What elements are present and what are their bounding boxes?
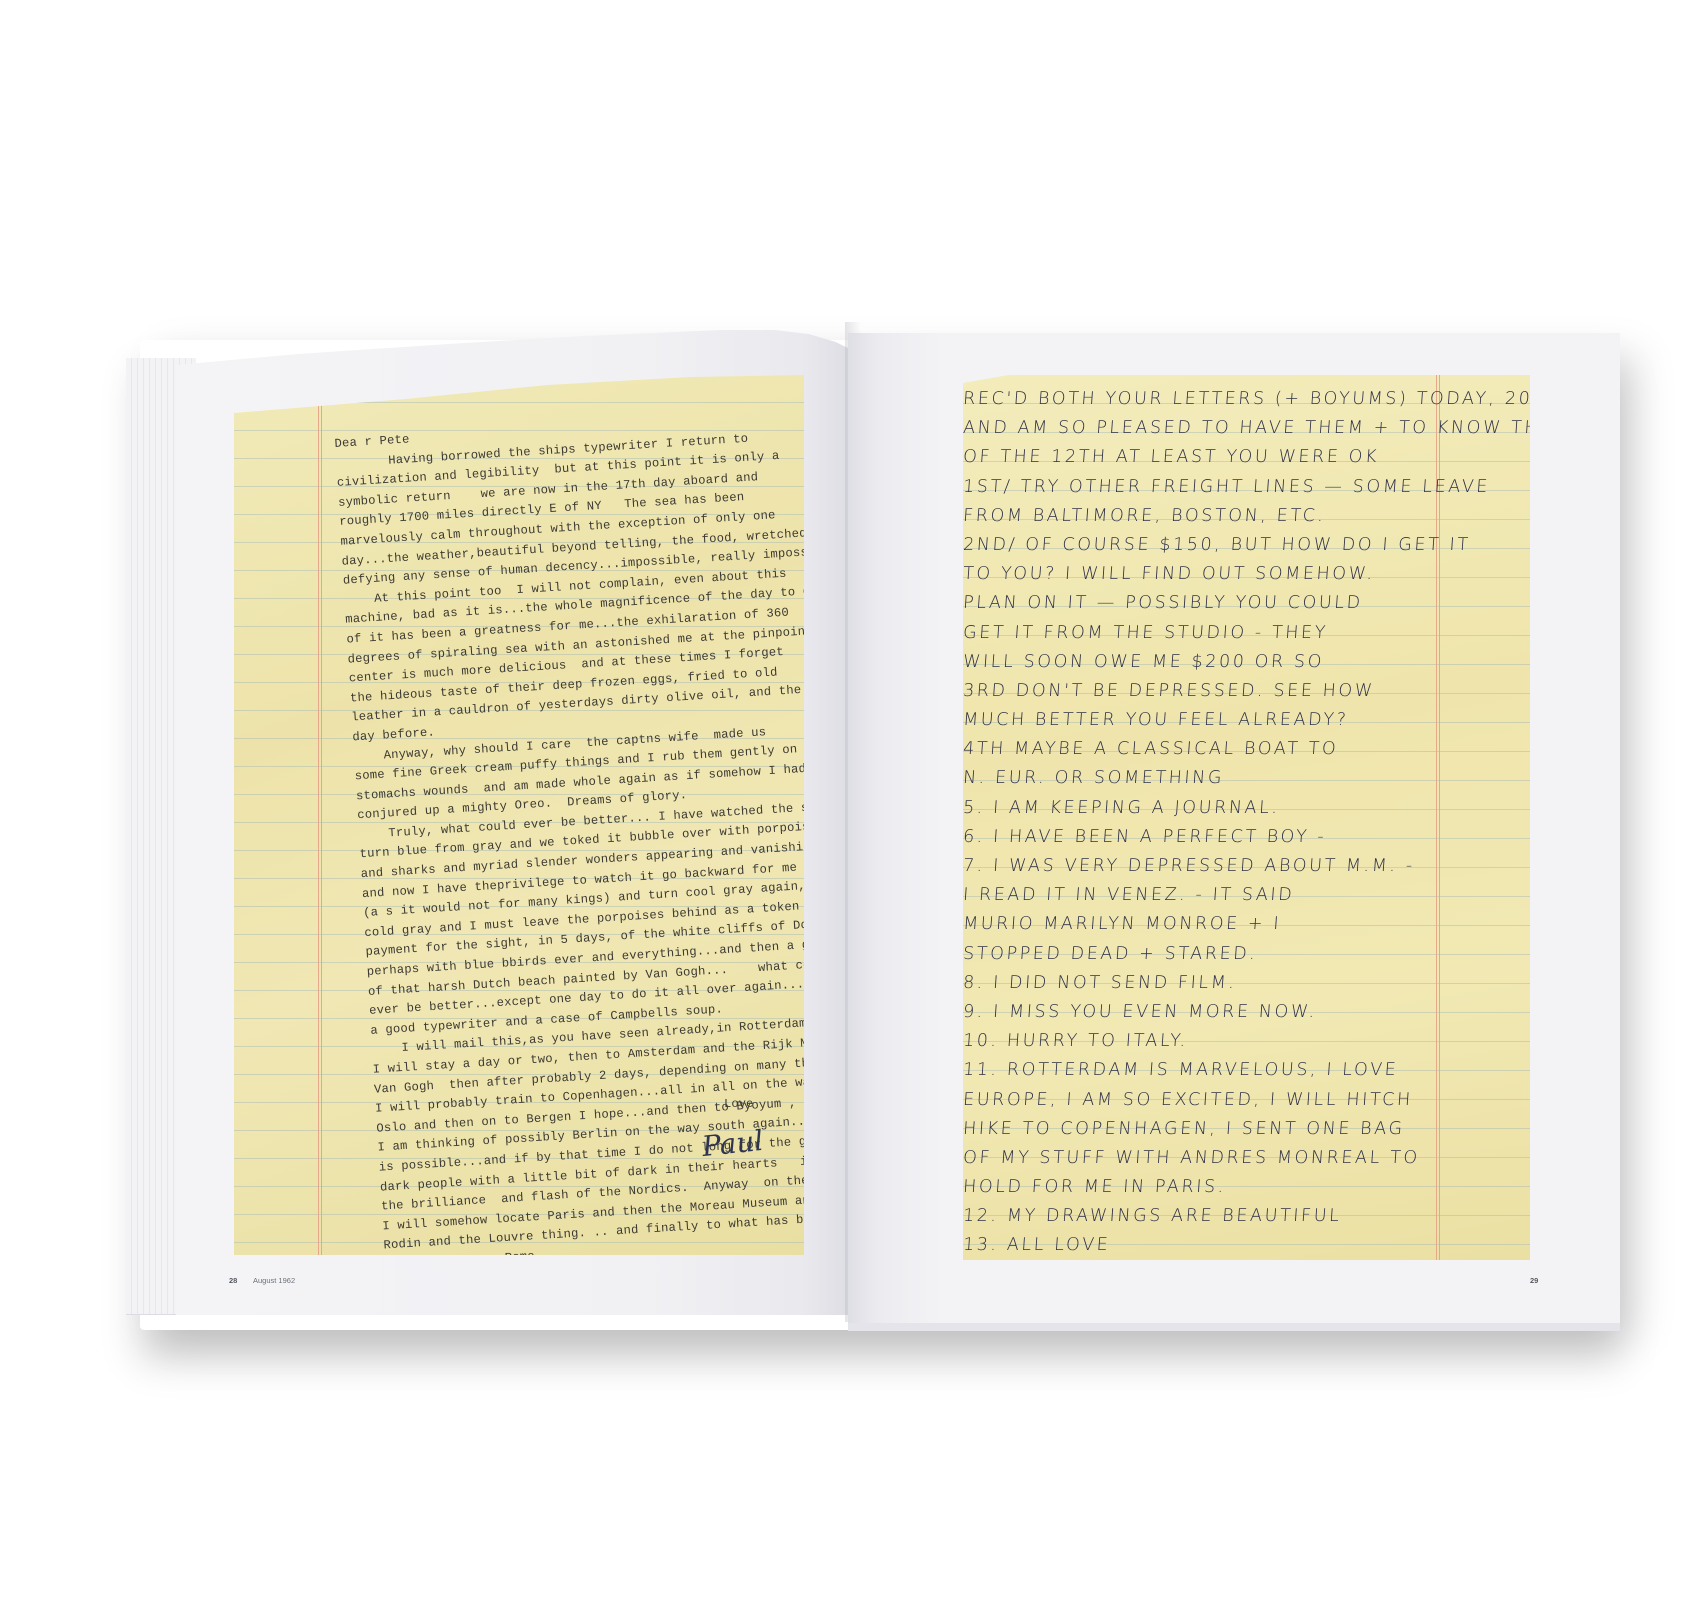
handwritten-line: 13. ALL LOVE [963, 1231, 1524, 1260]
handwritten-line: TO YOU? I WILL FIND OUT SOMEHOW. [963, 560, 1524, 589]
typed-letter-sheet: Dea r Pete Having borrowed the ships typ… [234, 375, 804, 1255]
page-number-right: 29 [1530, 1276, 1538, 1285]
handwritten-line: 12. MY DRAWINGS ARE BEAUTIFUL [963, 1202, 1524, 1231]
handwritten-line: OF MY STUFF WITH ANDRES MONREAL TO [963, 1144, 1524, 1173]
handwritten-line: 11. ROTTERDAM IS MARVELOUS, I LOVE [963, 1056, 1524, 1085]
handwritten-line: OF THE 12TH AT LEAST YOU WERE OK [963, 443, 1524, 472]
handwritten-line: PLAN ON IT — POSSIBLY YOU COULD [963, 589, 1524, 618]
handwritten-line: HIKE TO COPENHAGEN, I SENT ONE BAG [963, 1115, 1524, 1144]
letter-closing: Love [724, 1097, 753, 1111]
handwritten-line: 8. I DID NOT SEND FILM. [963, 969, 1524, 998]
handwritten-line: HOLD FOR ME IN PARIS. [963, 1173, 1524, 1202]
handwritten-line: GET IT FROM THE STUDIO - THEY [963, 619, 1524, 648]
book-spread: Dea r Pete Having borrowed the ships typ… [0, 0, 1700, 1600]
red-margin-line [318, 375, 322, 1255]
handwritten-line: N. EUR. OR SOMETHING [963, 764, 1524, 793]
page-number-left: 28 [229, 1276, 237, 1285]
handwritten-line: I READ IT IN VENEZ. - IT SAID [963, 881, 1524, 910]
handwritten-line: 5. I AM KEEPING A JOURNAL. [963, 794, 1524, 823]
handwritten-line: EUROPE, I AM SO EXCITED, I WILL HITCH [963, 1086, 1524, 1115]
handwritten-line: 10. HURRY TO ITALY. [963, 1027, 1524, 1056]
handwritten-line: AND AM SO PLEASED TO HAVE THEM + TO KNOW… [963, 414, 1524, 443]
handwritten-line: 1ST/ TRY OTHER FREIGHT LINES — SOME LEAV… [963, 473, 1524, 502]
handwritten-line: WILL SOON OWE ME $200 OR SO [963, 648, 1524, 677]
handwritten-line: 9. I MISS YOU EVEN MORE NOW. [963, 998, 1524, 1027]
handwritten-line: REC'D BOTH YOUR LETTERS (+ BOYUMS) TODAY… [963, 385, 1524, 414]
handwritten-line: STOPPED DEAD + STARED. [963, 940, 1524, 969]
handwritten-line: FROM BALTIMORE, BOSTON, ETC. [963, 502, 1524, 531]
handwritten-line: MUCH BETTER YOU FEEL ALREADY? [963, 706, 1524, 735]
handwritten-line: 6. I HAVE BEEN A PERFECT BOY - [963, 823, 1524, 852]
page-caption: August 1962 [253, 1276, 295, 1285]
handwritten-line: 7. I WAS VERY DEPRESSED ABOUT M.M. - [963, 852, 1524, 881]
handwritten-line: 2ND/ OF COURSE $150, BUT HOW DO I GET IT [963, 531, 1524, 560]
handwritten-line: MURIO MARILYN MONROE + I [963, 910, 1524, 939]
handwritten-line: 4TH MAYBE A CLASSICAL BOAT TO [963, 735, 1524, 764]
signature: Paul [700, 1124, 764, 1163]
handwritten-letter-body: REC'D BOTH YOUR LETTERS (+ BOYUMS) TODAY… [963, 385, 1523, 1260]
handwritten-line: 3RD DON'T BE DEPRESSED. SEE HOW [963, 677, 1524, 706]
handwritten-letter-sheet: REC'D BOTH YOUR LETTERS (+ BOYUMS) TODAY… [963, 375, 1530, 1260]
